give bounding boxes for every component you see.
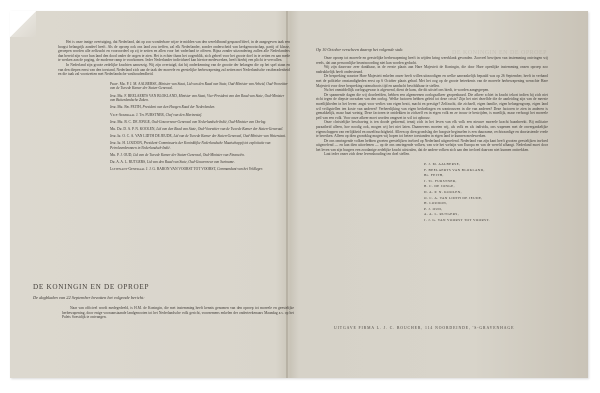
signatory: Mr. P. J. OUD, Lid van de Tweede Kamer d… — [110, 153, 290, 158]
section-subheading: De dagbladen van 22 September bevatten h… — [33, 295, 145, 300]
signatory: Jhr. Ir. O. C. A. VAN LIDTH DE JEUDE, Li… — [110, 134, 290, 139]
signatory-name: Prof. Mr. P. J. M. AALBERSE, — [110, 82, 157, 86]
body-paragraph: Laat ieder onzer zich deze levenshouding… — [316, 152, 548, 157]
intro-paragraph: Het is onze innige overtuiging, dat Nede… — [58, 40, 290, 63]
signatory-name: Mr. Dr. D. A. P. N. KOOLEN, — [110, 127, 155, 131]
signatory-name: Jhr. Ir. H. LOUDON, — [110, 141, 143, 145]
signatory-list: Prof. Mr. P. J. M. AALBERSE, Minister va… — [58, 82, 290, 172]
signatory: Jhr. Mr. F. BEELAERTS VAN BLOKLAND, Mini… — [110, 94, 290, 103]
signatory-role: Lid van de Tweede Kamer der Staten-Gener… — [173, 134, 286, 138]
signatory: Vice-Admiraal J. Th. FURSTNER, Chef van … — [110, 113, 290, 118]
signatory: Dr. A. A. L. RUTGERS, Lid van den Raad v… — [110, 160, 290, 165]
body-paragraph: De bespreking waartoe Hare Majesteit enk… — [316, 74, 548, 88]
publisher-imprint: UITGAVE FIRMA L. J. C. BOUCHER, 114 NOOR… — [334, 326, 514, 330]
news-column: Naar van officieel wordt medegedeeld, is… — [62, 306, 294, 320]
signatory-name: Dr. A. A. L. RUTGERS, — [110, 160, 146, 164]
signatory-role: President van den Hoogen Raad der Nederl… — [143, 105, 216, 109]
news-paragraph: Naar van officieel wordt medegedeeld, is… — [62, 306, 294, 320]
signatory: Jhr. Mr. Bb. FEITH, President van den Ho… — [110, 105, 290, 110]
signatory-role: Chef van den Marinestaf. — [166, 113, 203, 117]
section-heading: DE KONINGIN EN DE OPROEP — [33, 283, 149, 291]
body-paragraph: De ons omringende volken hebben groeten … — [316, 139, 548, 153]
signatory-role: Lid van den Raad van State, Oud-Gouverne… — [147, 160, 235, 164]
left-page-column: Het is onze innige overtuiging, dat Nede… — [58, 40, 290, 175]
signatory-name: Jhr. Ir. O. C. A. VAN LIDTH DE JEUDE, — [110, 134, 173, 138]
signatory-name: Jhr. Mr. F. BEELAERTS VAN BLOKLAND, — [110, 94, 178, 98]
signatory-name: Luitenant-Generaal J. J. G. BARON VAN VO… — [110, 167, 216, 171]
signatory-name: Vice-Admiraal J. Th. FURSTNER, — [110, 113, 165, 117]
body-paragraph: Onze christelijke beschaving is ten dood… — [316, 120, 548, 138]
signatory-role: Lid van den Raad van State, Oud-Voorzitt… — [156, 127, 283, 131]
signatory-role: Oud-Gouverneur-Generaal van Nederlandsch… — [152, 120, 267, 124]
signatory-role: Commandant van het Veldleger. — [217, 167, 263, 171]
body-paragraph: Onze oproep tot moreele en geestelijke h… — [316, 56, 548, 65]
signer-list: P. J. M. AALBERSE, F. BEELAERTS VAN BLOK… — [316, 162, 548, 224]
signatory-name: Jhr. Mr. Bb. FEITH, — [110, 105, 142, 109]
body-paragraph: Wij zijn daarvoor zeer dankbaar, in de e… — [316, 65, 548, 74]
signatory: Mr. Dr. D. A. P. N. KOOLEN, Lid van den … — [110, 127, 290, 132]
signatory: Prof. Mr. P. J. M. AALBERSE, Minister va… — [110, 82, 290, 91]
signatory-name: Jhr. Mr. B. C. DE JONGE, — [110, 120, 151, 124]
body-paragraph: De spannende dagen die wij doorleefden, … — [316, 93, 548, 121]
signer: J. J. G. VAN VOORST TOT VOORST. — [424, 218, 548, 224]
signatory: Jhr. Mr. B. C. DE JONGE, Oud-Gouverneur-… — [110, 120, 290, 125]
signatory: Jhr. Ir. H. LOUDON, President-Commissari… — [110, 141, 290, 150]
intro-line: Op 10 October verscheen daarop het volge… — [316, 47, 548, 52]
signatory: Luitenant-Generaal J. J. G. BARON VAN VO… — [110, 167, 290, 172]
right-page-column: Op 10 October verscheen daarop het volge… — [316, 47, 548, 224]
signatory-role: Lid van de Tweede Kamer der Staten-Gener… — [133, 153, 245, 157]
intro-paragraph: In Nederland zijn groote zedelijke krach… — [58, 63, 290, 77]
signatory-name: Mr. P. J. OUD, — [110, 153, 132, 157]
